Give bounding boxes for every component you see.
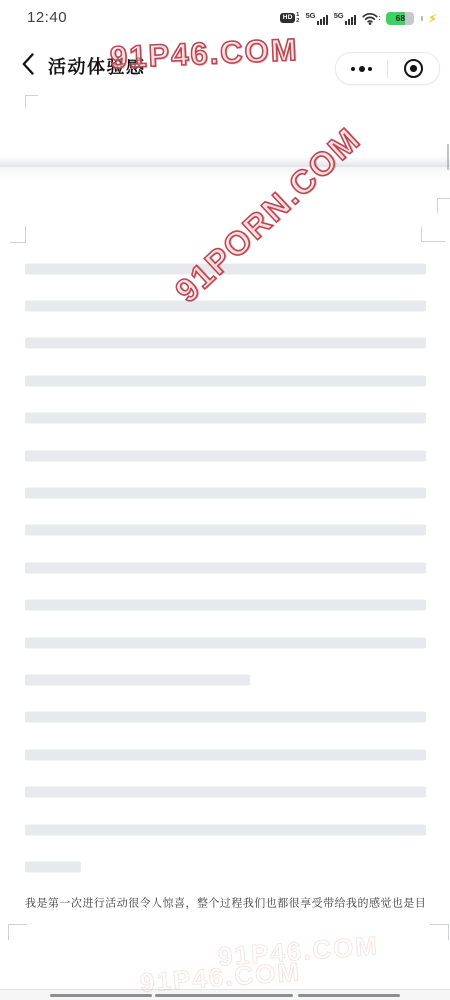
redacted-text-bar (25, 562, 426, 573)
redacted-text-line (25, 325, 426, 362)
target-circle-icon (404, 59, 423, 78)
net2-label: 5G (334, 11, 344, 20)
watermark-corner-mark (421, 227, 445, 242)
clock: 12:40 (27, 9, 67, 26)
scrollbar-thumb[interactable] (447, 144, 450, 170)
watermark-corner-mark (430, 924, 449, 940)
redacted-text-line (25, 250, 426, 287)
watermark-corner-mark (10, 226, 26, 243)
redacted-text-line (25, 699, 426, 736)
article-body[interactable]: 我是第一次进行活动很令人惊喜，整个过程我们也都很享受带给我的感觉也是目 (25, 250, 426, 923)
redacted-text-line (25, 287, 426, 324)
footer-dash (298, 994, 400, 997)
redacted-text-bar (25, 787, 426, 798)
page-top-shadow (0, 167, 450, 179)
redacted-text-bar (25, 301, 426, 312)
redacted-text-line (25, 400, 426, 437)
battery-icon: 68 (386, 12, 414, 25)
redacted-text-line (25, 362, 426, 399)
redacted-text-bar (25, 674, 250, 685)
redacted-text-line (25, 512, 426, 549)
sim2-label: 2 (296, 18, 299, 24)
battery-cap (421, 16, 423, 21)
status-bar: 12:40 HD 1 2 5G 5G (0, 0, 450, 34)
charging-bolt-icon: ⚡ (427, 11, 438, 25)
status-icons: HD 1 2 5G 5G (280, 10, 437, 26)
mini-program-screen: 12:40 HD 1 2 5G 5G (0, 0, 450, 1000)
redacted-text-bar (25, 263, 426, 274)
redacted-text-bar (25, 338, 426, 349)
nav-bar: 活动体验感 (0, 34, 450, 96)
watermark-faint: 91P46.COM (217, 930, 380, 972)
redacted-text-line (25, 848, 426, 885)
hd-badge: HD (280, 13, 295, 23)
more-dots-icon (351, 66, 372, 72)
redacted-text-line (25, 437, 426, 474)
redacted-text-bar (25, 375, 426, 386)
page-title: 活动体验感 (48, 53, 146, 79)
footer-dash (155, 994, 293, 997)
redacted-text-line (25, 587, 426, 624)
chevron-left-icon (22, 53, 34, 75)
redacted-text-bar (25, 488, 426, 499)
redacted-text-line (25, 773, 426, 810)
text-line: 我是第一次进行活动很令人惊喜，整个过程我们也都很享受带给我的感觉也是目 (25, 886, 426, 923)
hd-volte-icon: HD 1 2 (280, 12, 299, 24)
close-minimize-button[interactable] (388, 53, 439, 84)
signal-bars-icon (317, 15, 328, 25)
redacted-text-bar (25, 824, 426, 835)
redacted-text-bar (25, 861, 81, 872)
redacted-text-line (25, 474, 426, 511)
redacted-text-bar (25, 600, 426, 611)
sim1-label: 1 (296, 12, 299, 18)
redacted-text-bar (25, 749, 426, 760)
nav-shadow (0, 156, 450, 165)
watermark-corner-mark (437, 198, 450, 213)
wifi-icon (362, 12, 381, 25)
back-button[interactable] (14, 48, 42, 80)
redacted-text-line (25, 624, 426, 661)
more-menu-button[interactable] (336, 53, 387, 84)
signal-sim1-icon: 5G (306, 11, 328, 25)
wifi-extra-dots (379, 16, 381, 21)
redacted-text-bar (25, 450, 426, 461)
redacted-text-bar (25, 413, 426, 424)
redacted-text-bar (25, 525, 426, 536)
redacted-text-line (25, 549, 426, 586)
redacted-text-line (25, 736, 426, 773)
redacted-text-bar (25, 712, 426, 723)
redacted-text-line (25, 661, 426, 698)
redacted-text-bar (25, 637, 426, 648)
signal-sim2-icon: 5G (334, 11, 356, 25)
miniprogram-capsule (335, 52, 440, 85)
watermark-corner-mark (25, 95, 38, 108)
battery-percent: 68 (386, 12, 414, 25)
bottom-bar[interactable] (0, 989, 450, 1000)
watermark-corner-mark (8, 924, 27, 940)
redacted-text-line (25, 811, 426, 848)
dual-sim-indicator: 1 2 (296, 12, 299, 24)
net1-label: 5G (306, 11, 316, 20)
footer-dash (50, 994, 152, 997)
signal-bars-icon (345, 15, 356, 25)
